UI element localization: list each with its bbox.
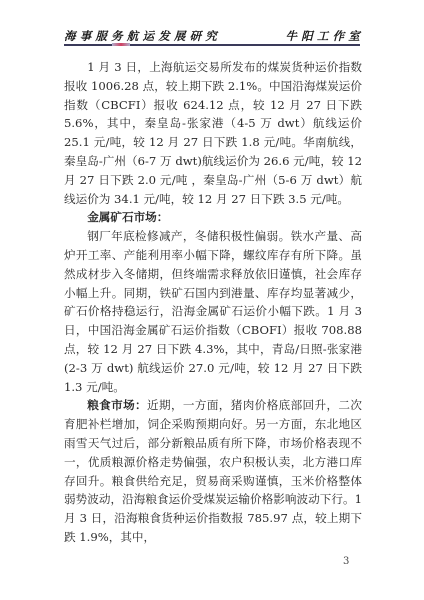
running-header: 海事服务航运发展研究 牛阳工作室 <box>64 30 360 44</box>
coal-paragraph: 1 月 3 日，上海航运交易所发布的煤炭货种运价指数报收 1006.28 点，较… <box>64 58 362 208</box>
header-right-title: 牛阳工作室 <box>286 30 365 43</box>
metal-ore-paragraph: 钢厂年底检修减产，冬储积极性偏弱。铁水产量、高炉开工率、产能利用率小幅下降，螺纹… <box>64 227 362 396</box>
grain-heading: 粮食市场： <box>87 398 147 412</box>
header-divider <box>64 44 360 46</box>
page-number: 3 <box>343 556 349 567</box>
page-body: 1 月 3 日，上海航运交易所发布的煤炭货种运价指数报收 1006.28 点，较… <box>64 58 362 547</box>
grain-text: 近期，一方面，猪肉价格底部回升，二次育肥补栏增加，饲企采购预期向好。另一方面，东… <box>64 398 362 544</box>
header-left-title: 海事服务航运发展研究 <box>64 30 221 43</box>
grain-paragraph: 粮食市场：近期，一方面，猪肉价格底部回升，二次育肥补栏增加，饲企采购预期向好。另… <box>64 396 362 546</box>
header-divider-accent <box>112 43 130 46</box>
metal-ore-heading: 金属矿石市场： <box>64 208 362 227</box>
